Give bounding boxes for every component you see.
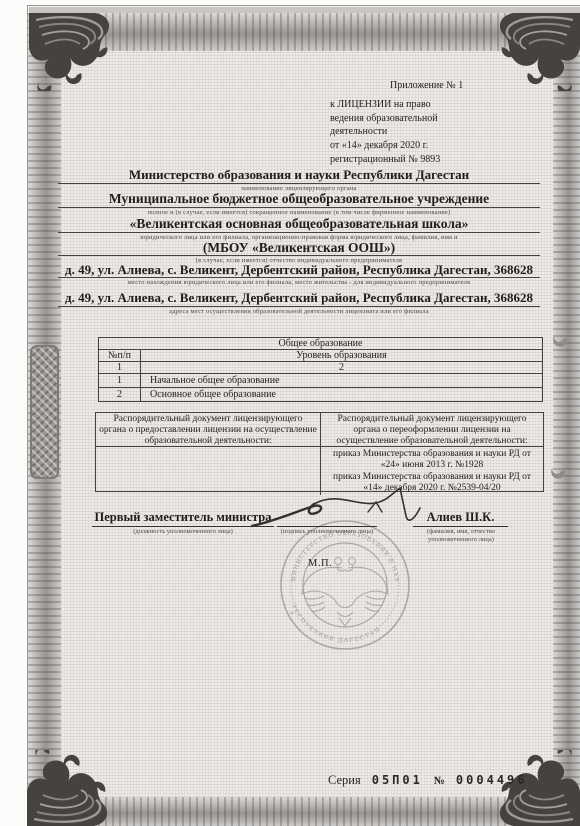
signer-position: Первый заместитель министра [92,509,274,527]
table-row: 1 Начальное общее образование [99,374,543,388]
left-border-cartouche-icon [30,345,59,479]
appendix-line: деятельности [330,125,535,139]
col-header-num: №п/п [99,350,141,362]
org-address-caption: место нахождения юридического лица или е… [58,279,540,287]
table-header-row: №п/п Уровень образования [99,350,543,362]
appendix-line: к ЛИЦЕНЗИИ на право [330,98,535,112]
signer-position-caption: (должность уполномоченного лица) [92,528,274,536]
grant-order-header: Распорядительный документ лицензирующего… [96,413,321,447]
table-row: 2 Основное общее образование [99,388,543,402]
row-num: 2 [99,388,141,402]
index-cell: 2 [141,362,543,374]
border-curl-icon [551,330,573,348]
svg-text:РЕСПУБЛИКИ ДАГЕСТАН: РЕСПУБЛИКИ ДАГЕСТАН [290,604,382,644]
appendix-title: Приложение № 1 [390,79,535,93]
ministry-name: Министерство образования и науки Республ… [58,167,540,184]
guilloche-border-right [553,13,580,826]
row-num: 1 [99,374,141,388]
stamp-place-mark: М.П. [308,558,332,569]
appendix-line: ведения образовательной [330,112,535,126]
activity-address: д. 49, ул. Алиева, с. Великент, Дербентс… [58,290,540,307]
col-header-level: Уровень образования [141,350,543,362]
corner-ornament-top-left-icon [29,13,113,91]
stamp-text-bottom: РЕСПУБЛИКИ ДАГЕСТАН [290,604,382,644]
serial-label: Серия [328,773,361,788]
corner-ornament-bottom-right-icon [496,750,580,826]
serial-number: 0004496 [456,773,528,787]
school-name: «Великентская основная общеобразовательн… [58,216,540,233]
orders-box: Распорядительный документ лицензирующего… [95,412,544,492]
border-curl-icon [549,462,571,480]
corner-ornament-bottom-left-icon [27,750,111,826]
table-index-row: 1 2 [99,362,543,374]
school-short-name: (МБОУ «Великентская ООШ») [58,240,540,256]
table-title-row: Общее образование [99,338,543,350]
document-page: Приложение № 1 к ЛИЦЕНЗИИ на право веден… [0,0,580,826]
row-level: Начальное общее образование [141,374,543,388]
handwritten-signature [248,486,448,534]
serial-series: 05П01 [372,773,423,787]
appendix-header: Приложение № 1 к ЛИЦЕНЗИИ на право веден… [330,79,535,167]
org-full-type: Муниципальное бюджетное общеобразователь… [58,191,540,208]
order-item: приказ Министерства образования и науки … [324,449,540,471]
appendix-line: регистрационный № 9893 [330,153,535,167]
activity-address-caption: адреса мест осуществления образовательно… [58,308,540,316]
appendix-line: от «14» декабря 2020 г. [330,139,535,153]
table-title: Общее образование [99,338,543,350]
org-address: д. 49, ул. Алиева, с. Великент, Дербентс… [58,262,540,278]
reissue-order-header: Распорядительный документ лицензирующего… [321,413,543,447]
row-level: Основное общее образование [141,388,543,402]
serial-number-row: Серия 05П01 № 0004496 [328,773,543,788]
numero-sign: № [434,775,445,787]
stamp-star-icon: * [290,610,294,619]
education-levels-table: Общее образование №п/п Уровень образован… [98,337,543,402]
index-cell: 1 [99,362,141,374]
